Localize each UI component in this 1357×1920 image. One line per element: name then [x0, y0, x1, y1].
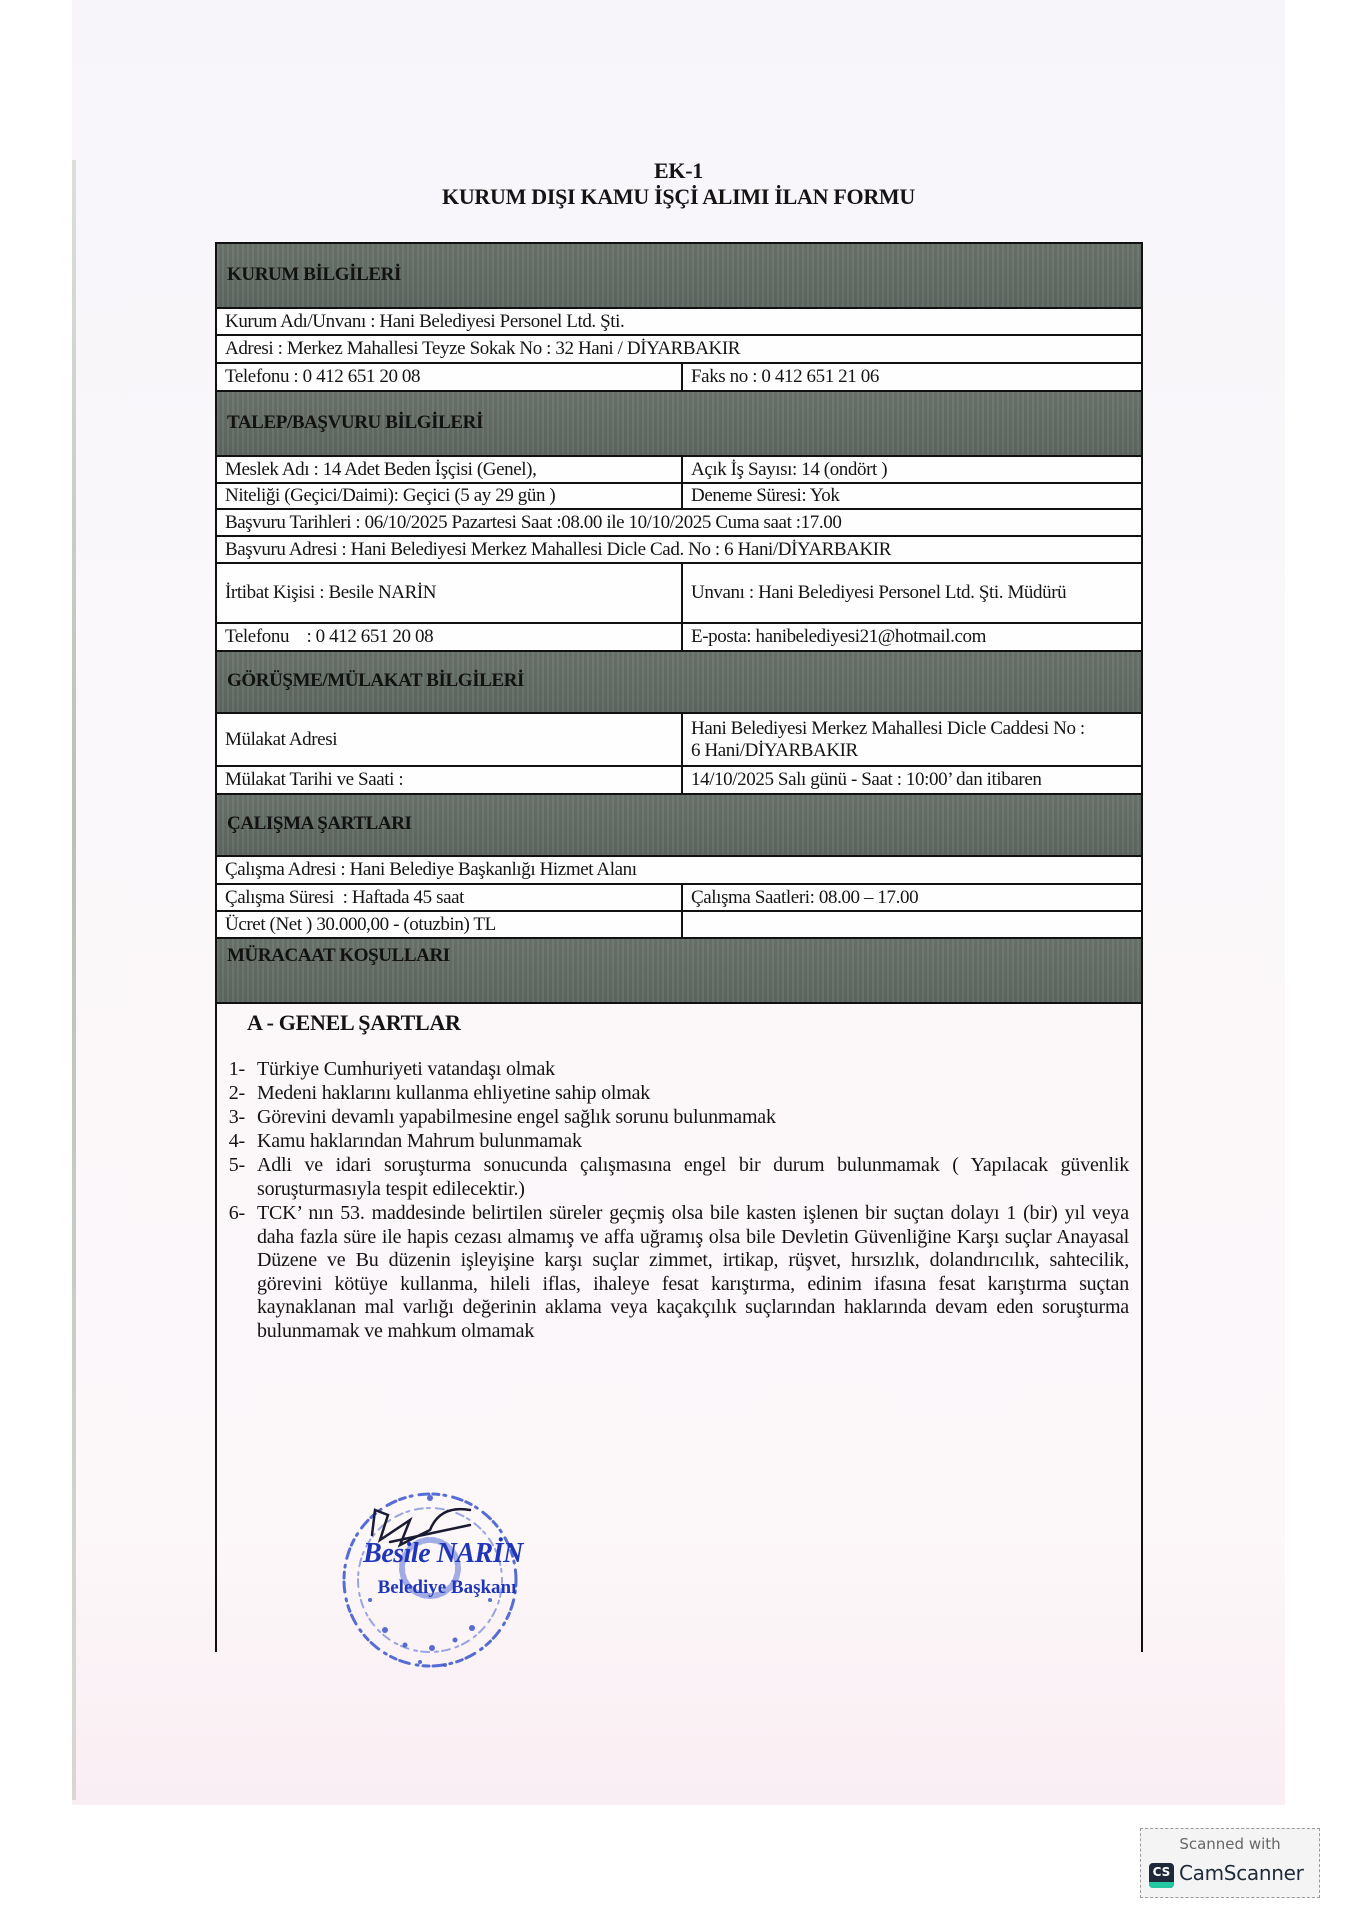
- wage: Ücret (Net ) 30.000,00 - (otuzbin) TL: [217, 912, 683, 937]
- contact-email[interactable]: E-posta: hanibelediyesi21@hotmail.com: [683, 624, 1141, 650]
- row-work-address: Çalışma Adresi : Hani Belediye Başkanlığ…: [217, 857, 1141, 885]
- kurum-phone: Telefonu : 0 412 651 20 08: [217, 364, 683, 390]
- page-shadow-edge: [72, 160, 76, 1800]
- row-work-time: Çalışma Süresi : Haftada 45 saat Çalışma…: [217, 885, 1141, 912]
- contact-title: Unvanı : Hani Belediyesi Personel Ltd. Ş…: [683, 564, 1141, 622]
- item-text: TCK’ nın 53. maddesinde belirtilen sürel…: [257, 1202, 1129, 1343]
- form-title: KURUM DIŞI KAMU İŞÇİ ALIMI İLAN FORMU: [0, 184, 1357, 210]
- section-header-muracaat: MÜRACAAT KOŞULLARI: [217, 939, 1141, 1004]
- item-number: 6-: [217, 1202, 245, 1226]
- work-duration: Çalışma Süresi : Haftada 45 saat: [217, 885, 683, 910]
- kurum-name: Kurum Adı/Unvanı : Hani Belediyesi Perso…: [217, 309, 1141, 334]
- section-header-mulakat: GÖRÜŞME/MÜLAKAT BİLGİLERİ: [217, 652, 1141, 714]
- row-kurum-name: Kurum Adı/Unvanı : Hani Belediyesi Perso…: [217, 309, 1141, 336]
- announcement-form-table: KURUM BİLGİLERİ Kurum Adı/Unvanı : Hani …: [215, 242, 1143, 1652]
- application-dates: Başvuru Tarihleri : 06/10/2025 Pazartesi…: [217, 510, 1141, 535]
- signatory-name: Besile NARİN: [338, 1538, 548, 1570]
- section-header-talep: TALEP/BAŞVURU BİLGİLERİ: [217, 392, 1141, 457]
- section-header-calisma: ÇALIŞMA ŞARTLARI: [217, 795, 1141, 857]
- annex-label: EK-1: [0, 158, 1357, 184]
- item-number: 3-: [217, 1106, 245, 1130]
- general-conditions-heading: A - GENEL ŞARTLAR: [247, 1010, 461, 1036]
- row-application-address: Başvuru Adresi : Hani Belediyesi Merkez …: [217, 537, 1141, 564]
- interview-address-value: Hani Belediyesi Merkez Mahallesi Dicle C…: [683, 714, 1141, 765]
- section-header-kurum: KURUM BİLGİLERİ: [217, 244, 1141, 309]
- official-stamp-signature: Besile NARİN Belediye Başkanı: [330, 1480, 530, 1695]
- contact-phone: Telefonu : 0 412 651 20 08: [217, 624, 683, 650]
- row-talep-contact: Telefonu : 0 412 651 20 08 E-posta: hani…: [217, 624, 1141, 652]
- row-kurum-address: Adresi : Merkez Mahallesi Teyze Sokak No…: [217, 336, 1141, 364]
- kurum-fax: Faks no : 0 412 651 21 06: [683, 364, 1141, 390]
- item-number: 2-: [217, 1082, 245, 1106]
- item-text: Türkiye Cumhuriyeti vatandaşı olmak: [257, 1058, 1129, 1082]
- job-nature: Niteliği (Geçici/Daimi): Geçici (5 ay 29…: [217, 484, 683, 508]
- row-nature: Niteliği (Geçici/Daimi): Geçici (5 ay 29…: [217, 484, 1141, 510]
- row-kurum-contact: Telefonu : 0 412 651 20 08 Faks no : 0 4…: [217, 364, 1141, 392]
- row-contact-person: İrtibat Kişisi : Besile NARİN Unvanı : H…: [217, 564, 1141, 624]
- signatory-title: Belediye Başkanı: [352, 1577, 542, 1599]
- work-address: Çalışma Adresi : Hani Belediye Başkanlığ…: [217, 857, 1141, 883]
- application-address: Başvuru Adresi : Hani Belediyesi Merkez …: [217, 537, 1141, 562]
- scanned-with-label: Scanned with: [1141, 1835, 1319, 1853]
- item-text: Adli ve idari soruşturma sonucunda çalış…: [257, 1154, 1129, 1201]
- probation-period: Deneme Süresi: Yok: [683, 484, 1141, 508]
- row-occupation: Meslek Adı : 14 Adet Beden İşçisi (Genel…: [217, 457, 1141, 484]
- camscanner-brand: CamScanner: [1179, 1861, 1304, 1885]
- item-number: 5-: [217, 1154, 245, 1178]
- section-title: MÜRACAAT KOŞULLARI: [227, 945, 450, 967]
- interview-datetime-label: Mülakat Tarihi ve Saati :: [217, 767, 683, 793]
- section-title: KURUM BİLGİLERİ: [227, 264, 401, 286]
- interview-address-label: Mülakat Adresi: [217, 714, 683, 765]
- camscanner-watermark: Scanned with CS CamScanner: [1140, 1828, 1320, 1898]
- row-wage: Ücret (Net ) 30.000,00 - (otuzbin) TL: [217, 912, 1141, 939]
- row-interview-datetime: Mülakat Tarihi ve Saati : 14/10/2025 Sal…: [217, 767, 1141, 795]
- kurum-address: Adresi : Merkez Mahallesi Teyze Sokak No…: [217, 336, 1141, 362]
- interview-datetime-value: 14/10/2025 Salı günü - Saat : 10:00’ dan…: [683, 767, 1141, 793]
- camscanner-logo-icon: CS: [1149, 1863, 1174, 1888]
- contact-person: İrtibat Kişisi : Besile NARİN: [217, 564, 683, 622]
- work-hours: Çalışma Saatleri: 08.00 – 17.00: [683, 885, 1141, 910]
- item-text: Medeni haklarını kullanma ehliyetine sah…: [257, 1082, 1129, 1106]
- row-interview-address: Mülakat Adresi Hani Belediyesi Merkez Ma…: [217, 714, 1141, 767]
- occupation: Meslek Adı : 14 Adet Beden İşçisi (Genel…: [217, 457, 683, 482]
- item-text: Görevini devamlı yapabilmesine engel sağ…: [257, 1106, 1129, 1130]
- section-title: TALEP/BAŞVURU BİLGİLERİ: [227, 412, 483, 434]
- wage-right-empty: [683, 912, 1141, 937]
- item-number: 1-: [217, 1058, 245, 1082]
- section-title: GÖRÜŞME/MÜLAKAT BİLGİLERİ: [227, 670, 524, 692]
- item-text: Kamu haklarından Mahrum bulunmamak: [257, 1130, 1129, 1154]
- item-number: 4-: [217, 1130, 245, 1154]
- section-title: ÇALIŞMA ŞARTLARI: [227, 813, 412, 835]
- row-application-dates: Başvuru Tarihleri : 06/10/2025 Pazartesi…: [217, 510, 1141, 537]
- open-positions: Açık İş Sayısı: 14 (ondört ): [683, 457, 1141, 482]
